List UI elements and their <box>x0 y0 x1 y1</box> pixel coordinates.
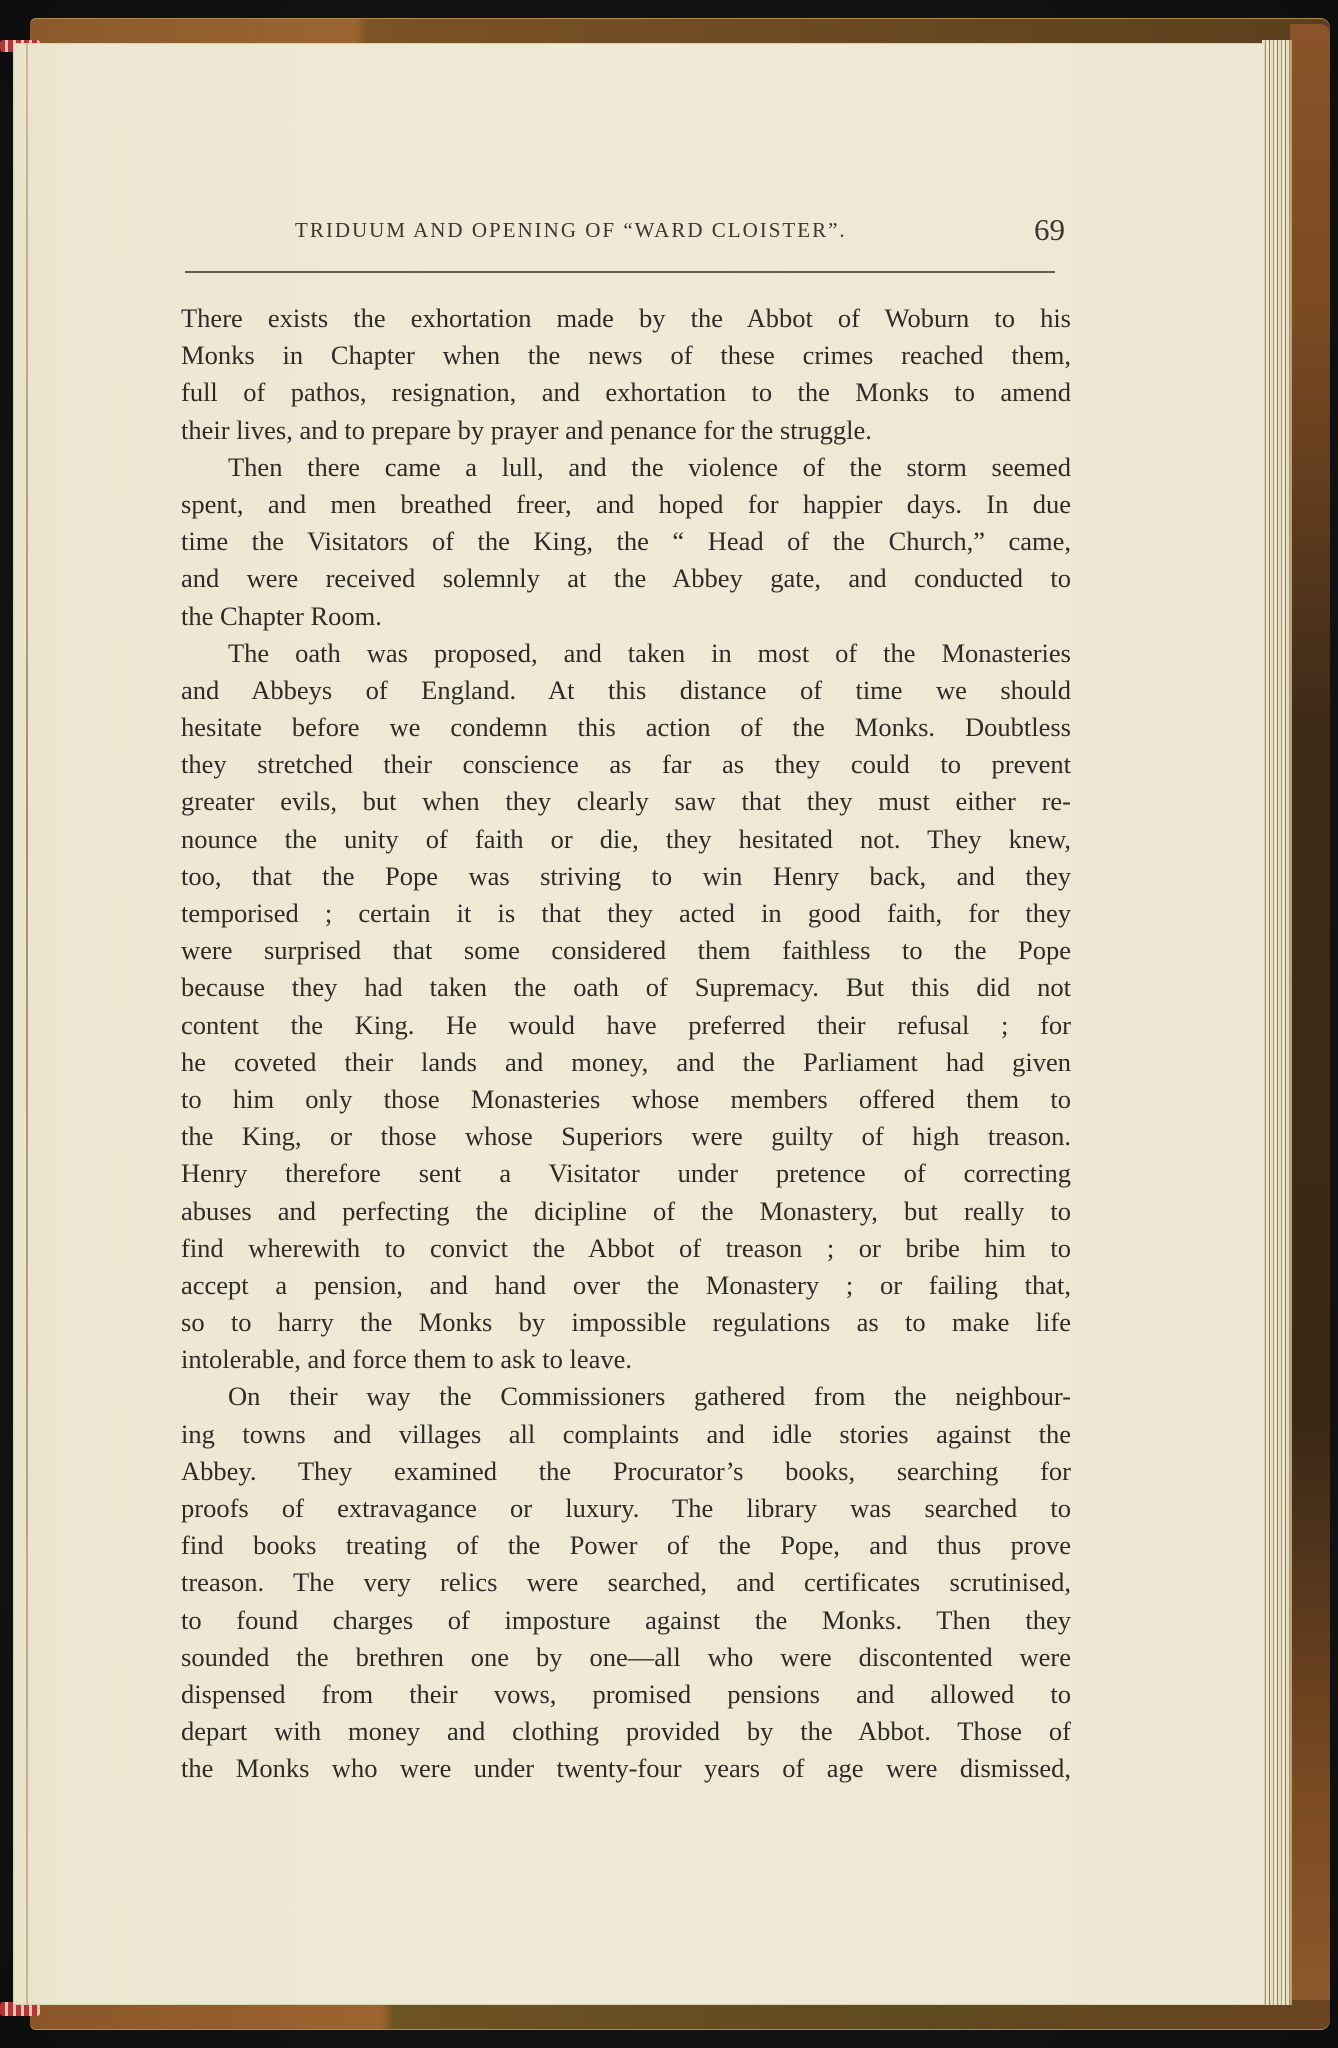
paragraph: The oath was proposed, and taken in most… <box>181 635 1071 1379</box>
text-line: ing towns and villages all complaints an… <box>181 1416 1071 1453</box>
text-line: content the King. He would have preferre… <box>181 1007 1071 1044</box>
text-line: find wherewith to convict the Abbot of t… <box>181 1230 1071 1267</box>
text-line: abuses and perfecting the dicipline of t… <box>181 1193 1071 1230</box>
header-rule <box>185 271 1055 273</box>
running-head: TRIDUUM AND OPENING OF “WARD CLOISTER”. … <box>185 212 1065 252</box>
text-line: Monks in Chapter when the news of these … <box>181 337 1071 374</box>
page-fore-edge <box>1262 40 1292 2005</box>
body-text: There exists the exhortation made by the… <box>181 300 1071 1788</box>
text-line: nounce the unity of faith or die, they h… <box>181 821 1071 858</box>
paragraph: Then there came a lull, and the violence… <box>181 449 1071 635</box>
running-head-title: TRIDUUM AND OPENING OF “WARD CLOISTER”. <box>295 218 847 243</box>
paragraph: On their way the Commissioners gathered … <box>181 1378 1071 1787</box>
text-line: treason. The very relics were searched, … <box>181 1564 1071 1601</box>
book-cover-top-edge <box>30 18 1330 46</box>
text-line: their lives, and to prepare by prayer an… <box>181 412 1071 449</box>
text-line: find books treating of the Power of the … <box>181 1527 1071 1564</box>
text-line: On their way the Commissioners gathered … <box>181 1378 1071 1415</box>
book-scan: TRIDUUM AND OPENING OF “WARD CLOISTER”. … <box>0 0 1338 2048</box>
text-line: he coveted their lands and money, and th… <box>181 1044 1071 1081</box>
text-line: because they had taken the oath of Supre… <box>181 969 1071 1006</box>
text-line: full of pathos, resignation, and exhorta… <box>181 374 1071 411</box>
text-line: hesitate before we condemn this action o… <box>181 709 1071 746</box>
text-line: intolerable, and force them to ask to le… <box>181 1341 1071 1378</box>
text-line: spent, and men breathed freer, and hoped… <box>181 486 1071 523</box>
text-line: proofs of extravagance or luxury. The li… <box>181 1490 1071 1527</box>
text-line: and Abbeys of England. At this distance … <box>181 672 1071 709</box>
text-line: to him only those Monasteries whose memb… <box>181 1081 1071 1118</box>
page-number: 69 <box>1034 212 1065 248</box>
headband-bottom <box>0 2002 40 2016</box>
text-line: The oath was proposed, and taken in most… <box>181 635 1071 672</box>
text-line: Then there came a lull, and the violence… <box>181 449 1071 486</box>
text-line: they stretched their conscience as far a… <box>181 746 1071 783</box>
text-line: sounded the brethren one by one—all who … <box>181 1639 1071 1676</box>
text-line: There exists the exhortation made by the… <box>181 300 1071 337</box>
text-line: too, that the Pope was striving to win H… <box>181 858 1071 895</box>
text-line: so to harry the Monks by impossible regu… <box>181 1304 1071 1341</box>
text-line: the King, or those whose Superiors were … <box>181 1118 1071 1155</box>
gutter-fold <box>26 44 28 2004</box>
book-cover-right-edge <box>1290 24 1330 2024</box>
text-line: greater evils, but when they clearly saw… <box>181 783 1071 820</box>
text-line: to found charges of imposture against th… <box>181 1602 1071 1639</box>
paragraph: There exists the exhortation made by the… <box>181 300 1071 449</box>
text-line: temporised ; certain it is that they act… <box>181 895 1071 932</box>
text-line: were surprised that some considered them… <box>181 932 1071 969</box>
text-line: accept a pension, and hand over the Mona… <box>181 1267 1071 1304</box>
text-line: the Monks who were under twenty-four yea… <box>181 1750 1071 1787</box>
book-cover-bottom-edge <box>30 2000 1330 2030</box>
text-line: Henry therefore sent a Visitator under p… <box>181 1155 1071 1192</box>
text-line: the Chapter Room. <box>181 598 1071 635</box>
text-line: Abbey. They examined the Procurator’s bo… <box>181 1453 1071 1490</box>
text-line: dispensed from their vows, promised pens… <box>181 1676 1071 1713</box>
text-line: and were received solemnly at the Abbey … <box>181 560 1071 597</box>
text-line: time the Visitators of the King, the “ H… <box>181 523 1071 560</box>
text-line: depart with money and clothing provided … <box>181 1713 1071 1750</box>
